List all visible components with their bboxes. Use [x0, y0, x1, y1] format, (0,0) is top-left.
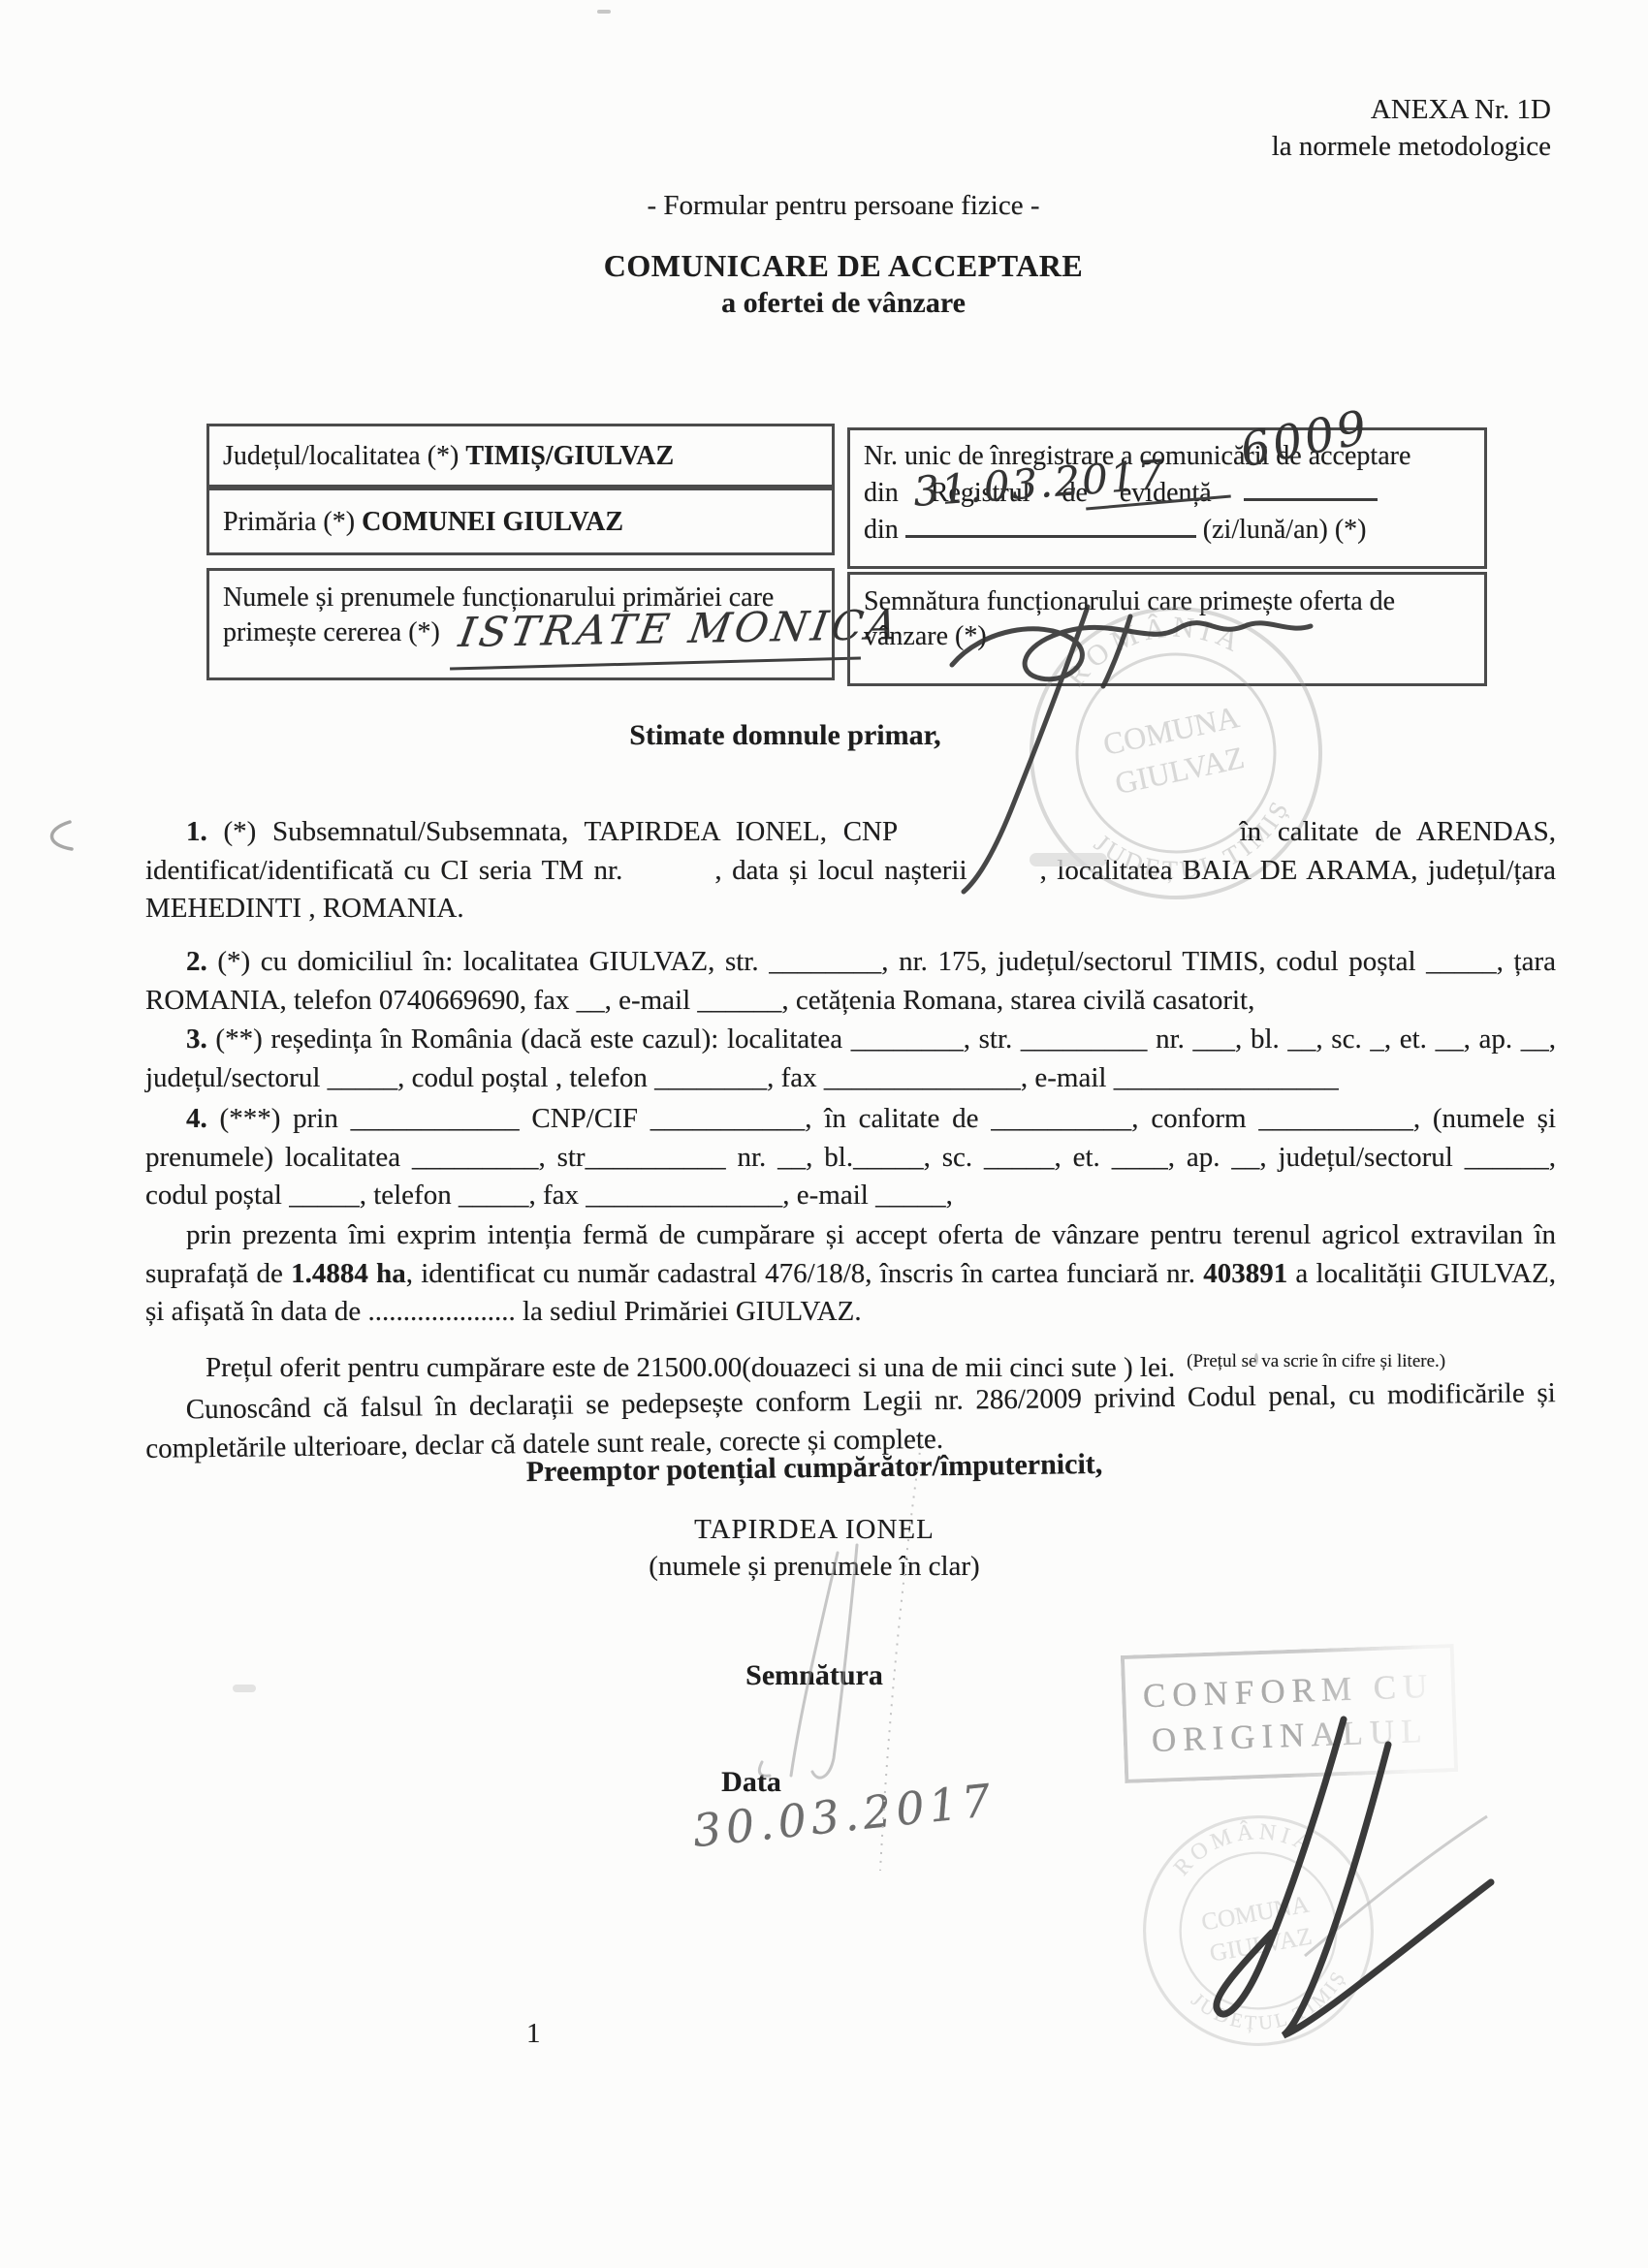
pen-underline	[450, 656, 861, 670]
margin-pen-mark	[39, 816, 78, 855]
price-text: Prețul oferit pentru cumpărare este de 2…	[206, 1352, 1175, 1383]
county-label: Județul/localitatea (*)	[223, 441, 459, 471]
paragraph-5: prin prezenta îmi exprim intenția fermă …	[145, 1216, 1556, 1332]
scan-speck	[597, 10, 611, 14]
registration-number-blank: 6009	[1244, 474, 1378, 501]
paragraph-3-number: 3.	[186, 1024, 207, 1055]
annex-note: ANEXA Nr. 1D la normele metodologice	[1272, 91, 1551, 165]
paragraph-2: 2. (*) cu domiciliul în: localitatea GIU…	[145, 943, 1556, 1020]
registration-date-line: din 31.03.2017 (zi/lună/an) (*)	[864, 511, 1471, 548]
salutation: Stimate domnule primar,	[145, 719, 1425, 752]
land-area: 1.4884 ha	[291, 1258, 406, 1289]
county-value: TIMIȘ/GIULVAZ	[465, 441, 674, 471]
scan-smudge	[233, 1685, 256, 1692]
paragraph-4: 4. (***) prin ____________ CNP/CIF _____…	[145, 1100, 1556, 1215]
price-note: (Prețul se va scrie în cifre și litere.)	[1187, 1351, 1445, 1371]
paragraph-1-number: 1.	[186, 816, 207, 847]
cell-primaria: Primăria (*) COMUNEI GIULVAZ	[206, 488, 835, 555]
primaria-value: COMUNEI GIULVAZ	[362, 507, 623, 537]
cell-official-name: Numele și prenumele funcționarului primă…	[206, 568, 835, 680]
scan-speck	[1254, 1353, 1258, 1365]
pencil-faint-line	[853, 1434, 931, 1880]
blank-birth-data	[967, 877, 1040, 879]
form-type-line: - Formular pentru persoane fizice -	[630, 190, 1057, 222]
land-registry-number: 403891	[1203, 1258, 1287, 1289]
registration-date-blank: 31.03.2017	[905, 511, 1196, 538]
scan-smudge	[1030, 853, 1107, 866]
blank-cnp	[913, 838, 1223, 840]
official-name-handwritten: ISTRATE MONICA	[457, 608, 903, 650]
buyer-signature-scribble	[1198, 1702, 1508, 2051]
cell-registration: Nr. unic de înregistrare a comunicării d…	[847, 427, 1487, 569]
paragraph-3: 3. (**) reședința în România (dacă este …	[145, 1021, 1556, 1097]
paragraph-2-number: 2.	[186, 946, 207, 977]
annex-line2: la normele metodologice	[1272, 128, 1551, 165]
primaria-label: Primăria (*)	[223, 507, 355, 537]
blank-ci-number	[622, 877, 714, 879]
cell-county: Județul/localitatea (*) TIMIȘ/GIULVAZ	[206, 424, 835, 488]
document-subtitle: a ofertei de vânzare	[145, 287, 1541, 320]
page-number: 1	[526, 2018, 541, 2050]
scanned-form-page: ANEXA Nr. 1D la normele metodologice - F…	[0, 0, 1648, 2268]
annex-line1: ANEXA Nr. 1D	[1272, 91, 1551, 128]
paragraph-4-number: 4.	[186, 1103, 207, 1134]
document-title: COMUNICARE DE ACCEPTARE	[145, 248, 1541, 284]
paragraph-1: 1. (*) Subsemnatul/Subsemnata, TAPIRDEA …	[145, 813, 1556, 929]
